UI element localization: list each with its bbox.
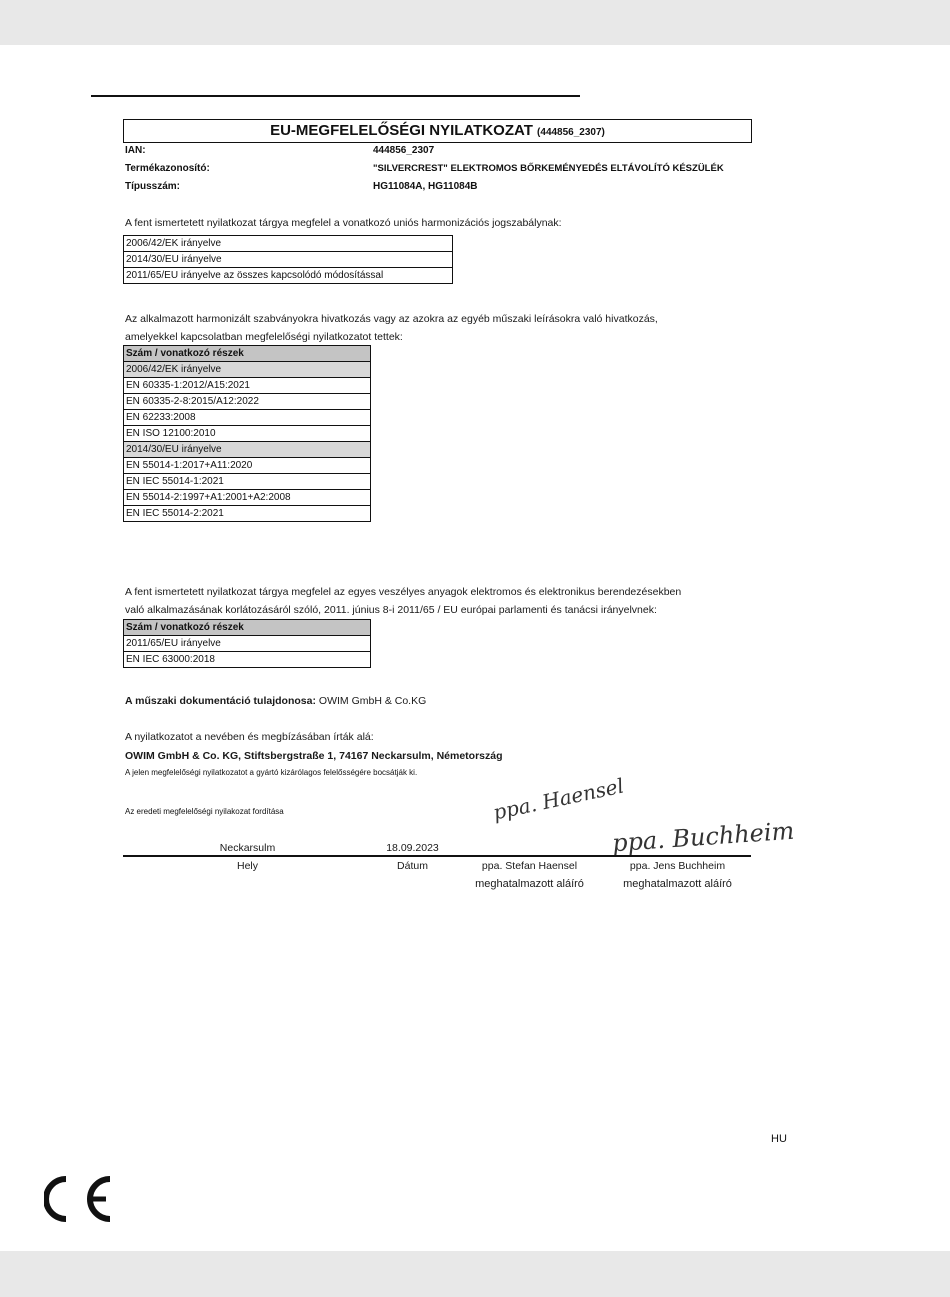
owner-line: A műszaki dokumentáció tulajdonosa: OWIM… (125, 692, 426, 710)
table-row: EN 55014-1:2017+A11:2020 (124, 458, 371, 474)
document-title-box: EU-MEGFELELŐSÉGI NYILATKOZAT (444856_230… (123, 119, 752, 143)
translation-note: Az eredeti megfelelőségi nyilakozat ford… (125, 807, 284, 816)
table-row: 2006/42/EK irányelve (124, 236, 453, 252)
standards-table: Szám / vonatkozó részek 2006/42/EK irány… (123, 345, 371, 522)
rohs-table: Szám / vonatkozó részek 2011/65/EU irány… (123, 619, 371, 668)
owner-label: A műszaki dokumentáció tulajdonosa: (125, 695, 316, 707)
table-row: 2011/65/EU irányelve az összes kapcsolód… (124, 268, 453, 284)
table-cell: EN ISO 12100:2010 (124, 426, 371, 442)
table-row: EN IEC 55014-2:2021 (124, 506, 371, 522)
table-cell: EN 60335-2-8:2015/A12:2022 (124, 394, 371, 410)
section1-intro: A fent ismertetett nyilatkozat tárgya me… (125, 214, 562, 232)
field-label-product: Termékazonosító: (125, 160, 210, 178)
table-header: Szám / vonatkozó részek (124, 620, 371, 636)
table-cell: EN 60335-1:2012/A15:2021 (124, 378, 371, 394)
table-cell: EN IEC 55014-2:2021 (124, 506, 371, 522)
table-row: EN IEC 55014-1:2021 (124, 474, 371, 490)
table-cell: 2011/65/EU irányelve (124, 636, 371, 652)
document-title: EU-MEGFELELŐSÉGI NYILATKOZAT (270, 122, 533, 139)
signed-on-behalf: A nyilatkozatot a nevében és megbízásába… (125, 728, 374, 746)
table-cell: 2011/65/EU irányelve az összes kapcsolód… (124, 268, 453, 284)
table-row: EN 60335-1:2012/A15:2021 (124, 378, 371, 394)
ce-mark-icon (44, 1175, 114, 1223)
field-label-ian: IAN: (125, 142, 210, 160)
field-value-type: HG11084A, HG11084B (373, 178, 724, 196)
table-header-row: Szám / vonatkozó részek (124, 346, 371, 362)
section2-intro: Az alkalmazott harmonizált szabványokra … (125, 310, 658, 346)
table-row: EN ISO 12100:2010 (124, 426, 371, 442)
directives-table: 2006/42/EK irányelve 2014/30/EU irányelv… (123, 235, 453, 284)
company-address: OWIM GmbH & Co. KG, Stiftsbergstraße 1, … (125, 747, 503, 765)
table-row: 2006/42/EK irányelve (124, 362, 371, 378)
section2-intro-line1: Az alkalmazott harmonizált szabványokra … (125, 310, 658, 328)
language-code: HU (771, 1133, 787, 1145)
date-label: Dátum (355, 857, 470, 875)
table-row: 2014/30/EU irányelve (124, 442, 371, 458)
field-value-ian: 444856_2307 (373, 142, 724, 160)
responsibility-note: A jelen megfelelőségi nyilatkozatot a gy… (125, 768, 417, 777)
document-title-ref: (444856_2307) (537, 127, 605, 138)
field-values: 444856_2307 "SILVERCREST" ELEKTROMOS BŐR… (373, 142, 724, 196)
table-cell: 2014/30/EU irányelve (124, 252, 453, 268)
table-cell: EN 62233:2008 (124, 410, 371, 426)
table-cell: EN IEC 55014-1:2021 (124, 474, 371, 490)
signature-haensel: ppa. Haensel (491, 773, 626, 824)
table-cell: EN 55014-2:1997+A1:2001+A2:2008 (124, 490, 371, 506)
signer2-role: meghatalmazott aláíró (610, 875, 745, 893)
table-group-cell: 2006/42/EK irányelve (124, 362, 371, 378)
section3-intro-line1: A fent ismertetett nyilatkozat tárgya me… (125, 583, 681, 601)
field-value-product: "SILVERCREST" ELEKTROMOS BŐRKEMÉNYEDÉS E… (373, 160, 724, 178)
field-labels: IAN: Termékazonosító: Típusszám: (125, 142, 210, 196)
section3-intro-line2: való alkalmazásának korlátozásáról szóló… (125, 601, 681, 619)
table-header-row: Szám / vonatkozó részek (124, 620, 371, 636)
header-rule (91, 95, 580, 97)
field-label-type: Típusszám: (125, 178, 210, 196)
signer1-role: meghatalmazott aláíró (462, 875, 597, 893)
table-cell: EN IEC 63000:2018 (124, 652, 371, 668)
signature-buchheim: ppa. Buchheim (611, 817, 795, 858)
table-row: 2011/65/EU irányelve (124, 636, 371, 652)
document-page: EU-MEGFELELŐSÉGI NYILATKOZAT (444856_230… (0, 45, 950, 1251)
table-row: EN IEC 63000:2018 (124, 652, 371, 668)
section2-intro-line2: amelyekkel kapcsolatban megfelelőségi ny… (125, 328, 658, 346)
table-row: 2014/30/EU irányelve (124, 252, 453, 268)
table-cell: EN 55014-1:2017+A11:2020 (124, 458, 371, 474)
table-group-cell: 2014/30/EU irányelve (124, 442, 371, 458)
signer1-name: ppa. Stefan Haensel (462, 857, 597, 875)
place-label: Hely (190, 857, 305, 875)
signer2-name: ppa. Jens Buchheim (610, 857, 745, 875)
table-cell: 2006/42/EK irányelve (124, 236, 453, 252)
section3-intro: A fent ismertetett nyilatkozat tárgya me… (125, 583, 681, 619)
owner-value: OWIM GmbH & Co.KG (319, 695, 426, 707)
table-row: EN 55014-2:1997+A1:2001+A2:2008 (124, 490, 371, 506)
table-header: Szám / vonatkozó részek (124, 346, 371, 362)
table-row: EN 62233:2008 (124, 410, 371, 426)
table-row: EN 60335-2-8:2015/A12:2022 (124, 394, 371, 410)
